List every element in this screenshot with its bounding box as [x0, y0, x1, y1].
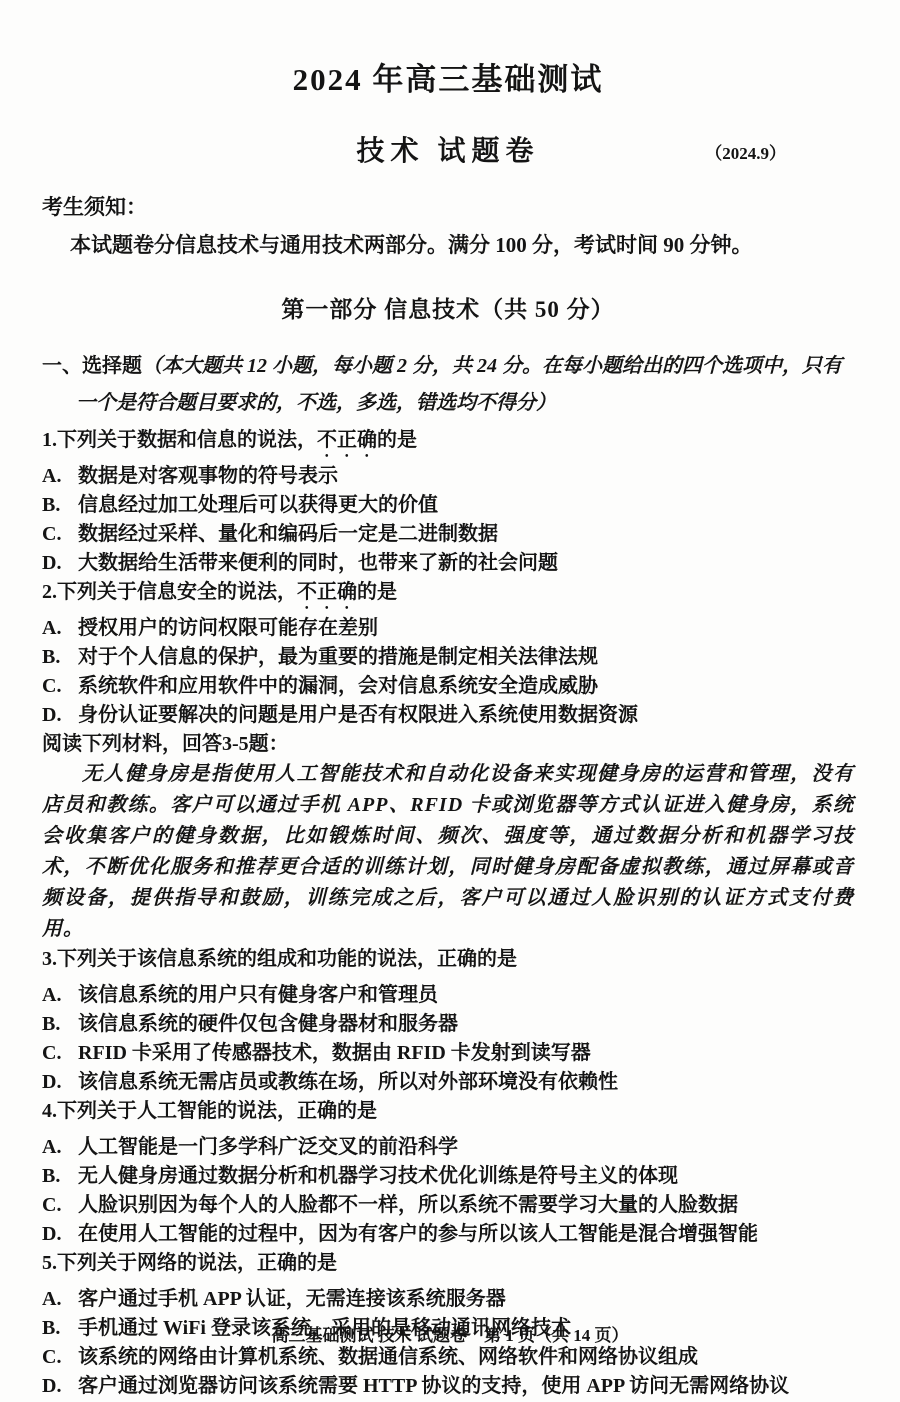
material-paragraph: 无人健身房是指使用人工智能技术和自动化设备来实现健身房的运营和管理，没有店员和教…: [42, 759, 854, 945]
option-label: B.: [42, 643, 78, 672]
option-label: C.: [42, 672, 78, 701]
option-row: A.人工智能是一门多学科广泛交叉的前沿科学: [42, 1133, 854, 1162]
question-stem: 4.下列关于人工智能的说法，正确的是: [42, 1097, 854, 1133]
option-row: A.数据是对客观事物的符号表示: [42, 462, 854, 491]
question-block: 1.下列关于数据和信息的说法，不正确的是 A.数据是对客观事物的符号表示 B.信…: [42, 426, 854, 578]
option-row: B.对于个人信息的保护，最为重要的措施是制定相关法律法规: [42, 643, 854, 672]
paper-subtitle: 技术 试题卷: [356, 136, 539, 167]
option-text: 信息经过加工处理后可以获得更大的价值: [78, 494, 438, 516]
option-label: A.: [42, 462, 78, 491]
option-text: 客户通过浏览器访问该系统需要 HTTP 协议的支持，使用 APP 访问无需网络协…: [78, 1375, 789, 1397]
option-text: 该信息系统的硬件仅包含健身器材和服务器: [78, 1013, 458, 1035]
page-title: 2024 年高三基础测试: [42, 54, 854, 99]
question-options: A.数据是对客观事物的符号表示 B.信息经过加工处理后可以获得更大的价值 C.数…: [42, 462, 854, 578]
option-row: B.无人健身房通过数据分析和机器学习技术优化训练是符号主义的体现: [42, 1162, 854, 1191]
option-row: C.系统软件和应用软件中的漏洞，会对信息系统安全造成威胁: [42, 672, 854, 701]
option-row: D.该信息系统无需店员或教练在场，所以对外部环境没有依赖性: [42, 1068, 854, 1097]
option-text: 客户通过手机 APP 认证，无需连接该系统服务器: [78, 1288, 506, 1310]
question-stem: 3.下列关于该信息系统的组成和功能的说法，正确的是: [42, 945, 854, 981]
option-label: D.: [42, 701, 78, 730]
option-text: 系统软件和应用软件中的漏洞，会对信息系统安全造成威胁: [78, 675, 598, 697]
option-label: A.: [42, 614, 78, 643]
question-stem: 2.下列关于信息安全的说法，不正确的是: [42, 578, 854, 614]
question-block: 2.下列关于信息安全的说法，不正确的是 A.授权用户的访问权限可能存在差别 B.…: [42, 578, 854, 730]
option-text: 无人健身房通过数据分析和机器学习技术优化训练是符号主义的体现: [78, 1165, 678, 1187]
option-label: B.: [42, 491, 78, 520]
option-text: 对于个人信息的保护，最为重要的措施是制定相关法律法规: [78, 646, 598, 668]
option-text: 人工智能是一门多学科广泛交叉的前沿科学: [78, 1136, 458, 1158]
option-label: C.: [42, 1191, 78, 1220]
option-row: D.身份认证要解决的问题是用户是否有权限进入系统使用数据资源: [42, 701, 854, 730]
option-row: A.客户通过手机 APP 认证，无需连接该系统服务器: [42, 1285, 854, 1314]
option-row: D.大数据给生活带来便利的同时，也带来了新的社会问题: [42, 549, 854, 578]
notice-text: 本试题卷分信息技术与通用技术两部分。满分 100 分，考试时间 90 分钟。: [42, 229, 854, 259]
option-text: 人脸识别因为每个人的人脸都不一样，所以系统不需要学习大量的人脸数据: [78, 1194, 738, 1216]
option-label: C.: [42, 1039, 78, 1068]
option-text: 该信息系统的用户只有健身客户和管理员: [78, 984, 438, 1006]
option-row: C.RFID 卡采用了传感器技术，数据由 RFID 卡发射到读写器: [42, 1039, 854, 1068]
section-heading: 第一部分 信息技术（共 50 分）: [42, 291, 854, 324]
option-row: B.该信息系统的硬件仅包含健身器材和服务器: [42, 1010, 854, 1039]
subtitle-row: 技术 试题卷 （2024.9）: [42, 129, 854, 173]
option-text: 数据经过采样、量化和编码后一定是二进制数据: [78, 523, 498, 545]
option-text: 身份认证要解决的问题是用户是否有权限进入系统使用数据资源: [78, 704, 638, 726]
option-row: A.该信息系统的用户只有健身客户和管理员: [42, 981, 854, 1010]
option-text: 该系统的网络由计算机系统、数据通信系统、网络软件和网络协议组成: [78, 1346, 698, 1368]
exam-paper-page: 2024 年高三基础测试 技术 试题卷 （2024.9） 考生须知： 本试题卷分…: [0, 0, 900, 1402]
option-row: C.数据经过采样、量化和编码后一定是二进制数据: [42, 520, 854, 549]
question-stem: 1.下列关于数据和信息的说法，不正确的是: [42, 426, 854, 462]
option-row: D.在使用人工智能的过程中，因为有客户的参与所以该人工智能是混合增强智能: [42, 1220, 854, 1249]
option-label: C.: [42, 1343, 78, 1372]
option-text: 大数据给生活带来便利的同时，也带来了新的社会问题: [78, 552, 558, 574]
option-label: B.: [42, 1010, 78, 1039]
mcq-instructions: 一、选择题（本大题共 12 小题，每小题 2 分，共 24 分。在每小题给出的四…: [42, 348, 854, 422]
questions-area: 1.下列关于数据和信息的说法，不正确的是 A.数据是对客观事物的符号表示 B.信…: [42, 426, 854, 1401]
option-row: A.授权用户的访问权限可能存在差别: [42, 614, 854, 643]
notice-label: 考生须知：: [42, 191, 854, 221]
option-row: C.人脸识别因为每个人的人脸都不一样，所以系统不需要学习大量的人脸数据: [42, 1191, 854, 1220]
option-label: D.: [42, 1372, 78, 1401]
option-text: 数据是对客观事物的符号表示: [78, 465, 338, 487]
option-label: A.: [42, 1285, 78, 1314]
option-label: D.: [42, 549, 78, 578]
question-stem: 5.下列关于网络的说法，正确的是: [42, 1249, 854, 1285]
question-options: A.授权用户的访问权限可能存在差别 B.对于个人信息的保护，最为重要的措施是制定…: [42, 614, 854, 730]
mcq-instructions-detail: （本大题共 12 小题，每小题 2 分，共 24 分。在每小题给出的四个选项中，…: [76, 355, 842, 414]
option-label: D.: [42, 1068, 78, 1097]
option-row: D.客户通过浏览器访问该系统需要 HTTP 协议的支持，使用 APP 访问无需网…: [42, 1372, 854, 1401]
option-label: B.: [42, 1162, 78, 1191]
option-text: RFID 卡采用了传感器技术，数据由 RFID 卡发射到读写器: [78, 1042, 591, 1064]
option-row: B.信息经过加工处理后可以获得更大的价值: [42, 491, 854, 520]
paper-date: （2024.9）: [705, 139, 786, 164]
question-block: 4.下列关于人工智能的说法，正确的是 A.人工智能是一门多学科广泛交叉的前沿科学…: [42, 1097, 854, 1249]
option-label: C.: [42, 520, 78, 549]
option-row: C.该系统的网络由计算机系统、数据通信系统、网络软件和网络协议组成: [42, 1343, 854, 1372]
option-text: 授权用户的访问权限可能存在差别: [78, 617, 378, 639]
option-text: 该信息系统无需店员或教练在场，所以对外部环境没有依赖性: [78, 1071, 618, 1093]
option-text: 在使用人工智能的过程中，因为有客户的参与所以该人工智能是混合增强智能: [78, 1223, 758, 1245]
question-options: A.该信息系统的用户只有健身客户和管理员 B.该信息系统的硬件仅包含健身器材和服…: [42, 981, 854, 1097]
page-footer: 高三基础测试 技术 试题卷 第 1 页（共 14 页）: [0, 1321, 900, 1346]
question-options: A.人工智能是一门多学科广泛交叉的前沿科学 B.无人健身房通过数据分析和机器学习…: [42, 1133, 854, 1249]
question-block: 3.下列关于该信息系统的组成和功能的说法，正确的是 A.该信息系统的用户只有健身…: [42, 945, 854, 1097]
option-label: D.: [42, 1220, 78, 1249]
option-label: A.: [42, 1133, 78, 1162]
mcq-instructions-lead: 一、选择题: [42, 355, 142, 377]
option-label: A.: [42, 981, 78, 1010]
material-intro: 阅读下列材料，回答3-5题：: [42, 730, 854, 759]
